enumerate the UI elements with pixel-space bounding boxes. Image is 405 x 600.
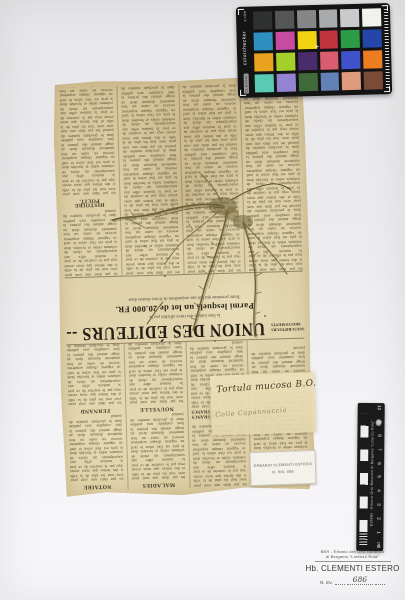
color-patch — [363, 29, 382, 47]
caption-institution-line2: di Bergamo "Lorenzo Rota" — [305, 554, 400, 559]
scale-number: 7 — [377, 448, 382, 451]
color-patch — [297, 10, 316, 28]
scale-number: 4 — [376, 490, 381, 493]
scale-number: 3 — [376, 504, 381, 507]
color-patch — [341, 30, 360, 48]
center-crosshair: + — [315, 43, 319, 51]
color-patch — [363, 50, 382, 68]
scale-bar-cm-blocks — [359, 414, 368, 532]
registration-mark — [382, 5, 388, 11]
scale-bar-mm-ticks — [359, 533, 367, 545]
colorchecker-brand-strip: x-rite colorchecker CLASSIC — [237, 11, 253, 94]
newspaper-body-text: les par dans une sont pour avec tout les… — [244, 81, 303, 273]
newspaper-body-text: les par dans une sont pour avec tout les… — [69, 414, 124, 483]
newspaper-heading: FERNAND — [68, 407, 122, 413]
color-patch — [319, 30, 338, 48]
caption-inventory-prefix: N. inv. — [320, 580, 333, 585]
newspaper-ad-stack-line: SOUSCRIPTEURS — [271, 327, 304, 333]
scale-number: 2 — [376, 517, 381, 520]
handwritten-label-slip: Tortula mucosa B.O. Colle Capannuccia — [210, 372, 316, 436]
newspaper-column: MALADIES les par dans une sont pour avec… — [124, 342, 186, 490]
newspaper-heading: NOUVELLE — [130, 406, 184, 412]
color-patch — [276, 73, 295, 91]
colorchecker-brand-text: colorchecker — [241, 31, 248, 66]
color-patch — [318, 9, 337, 27]
caption-divider — [315, 561, 391, 562]
newspaper-ad-stack: SOUSCRIPTEURS MOUVEMENTS — [271, 322, 305, 333]
newspaper-body-text: les par dans une sont pour avec tout les… — [128, 342, 183, 406]
color-patch — [254, 53, 273, 71]
color-patch — [298, 52, 317, 70]
newspaper-body-text: les par dans une sont pour avec tout les… — [59, 86, 116, 198]
registration-mark — [384, 86, 390, 92]
caption-inventory-number: 686 — [347, 575, 373, 585]
color-patch — [341, 51, 360, 69]
newspaper-body-text: les par dans une sont pour avec tout les… — [121, 84, 180, 276]
inventory-label: ERBARIO CLEMENTI ESTERO N. INV. 686 — [249, 450, 316, 486]
inventory-label-title: ERBARIO CLEMENTI ESTERO — [254, 461, 312, 467]
scale-number: 1 — [376, 531, 381, 534]
newspaper-column: les par dans une sont pour avec tout les… — [59, 86, 118, 277]
color-patch — [320, 72, 339, 90]
newspaper-column: NOTAIRE les par dans une sont pour avec … — [67, 344, 125, 491]
color-patch — [298, 73, 317, 91]
color-patch — [255, 74, 274, 92]
scale-bar-numbers: 10 9 8 7 6 5 4 3 2 1 0 — [374, 405, 384, 549]
newspaper-ad-stack-line: MOUVEMENTS — [271, 322, 305, 328]
color-patch — [340, 9, 359, 27]
color-patch — [297, 31, 316, 49]
registration-mark — [238, 9, 244, 15]
inventory-label-number: N. INV. 686 — [272, 469, 294, 474]
herbarium-caption: BER - Erbario dell'Orto Botanico di Berg… — [305, 549, 400, 585]
scale-unit-label: cm — [376, 542, 381, 547]
newspaper-body-text: les par dans une sont pour avec tout les… — [67, 344, 122, 408]
caption-collection-title: Hb. CLEMENTI ESTERO — [305, 564, 400, 573]
color-patch — [342, 72, 361, 90]
newspaper-main-zone: les par dans une sont pour avec tout les… — [59, 81, 302, 279]
herbarium-photo: ÉDUCATION les par dans une sont pour ave… — [0, 0, 405, 600]
newspaper-body-text: les par dans une sont pour avec tout les… — [182, 82, 241, 274]
color-patch — [254, 32, 273, 50]
scale-number: 6 — [377, 462, 382, 465]
newspaper-heading: HISTOIRE POLIT. — [62, 197, 116, 207]
scale-bar: E39682 · Erbario Orto Botanico di Bergam… — [356, 403, 385, 551]
newspaper-body-text: les par dans une sont pour avec tout les… — [63, 209, 118, 277]
herbarium-sheet: ÉDUCATION les par dans une sont pour ave… — [52, 76, 316, 499]
scale-number: 5 — [376, 476, 381, 479]
scale-number: 10 — [377, 405, 382, 410]
handwritten-locality: Colle Capannuccia — [215, 406, 287, 419]
handwritten-species-name: Tortula mucosa B.O. — [216, 378, 316, 395]
colorchecker-edge-ruler — [384, 9, 390, 88]
newspaper-ad-block: SOUSCRIPTEURS MOUVEMENTS UNION DES ÉDITE… — [65, 272, 305, 345]
color-patch — [275, 32, 294, 50]
dotted-leader — [335, 578, 345, 585]
newspaper-column: les par dans une sont pour avec tout les… — [240, 81, 303, 273]
newspaper-column: les par dans une sont pour avec tout les… — [117, 84, 180, 276]
newspaper-heading: NOTAIRE — [70, 483, 124, 489]
scale-number: 9 — [377, 420, 382, 423]
scale-number: 8 — [377, 434, 382, 437]
color-patch — [275, 11, 294, 29]
color-patch — [320, 51, 339, 69]
color-patch — [364, 71, 383, 89]
colorchecker-card: x-rite colorchecker CLASSIC — [236, 3, 392, 98]
dotted-leader — [375, 578, 385, 585]
newspaper-heading: MALADIES — [132, 482, 186, 488]
color-patch — [276, 53, 295, 71]
newspaper-body-text: les par dans une sont pour avec tout les… — [130, 413, 185, 482]
newspaper-column: les par dans une sont pour avec tout les… — [178, 82, 241, 274]
registration-mark — [240, 90, 246, 96]
color-patch — [253, 11, 272, 29]
color-patch — [362, 8, 381, 26]
